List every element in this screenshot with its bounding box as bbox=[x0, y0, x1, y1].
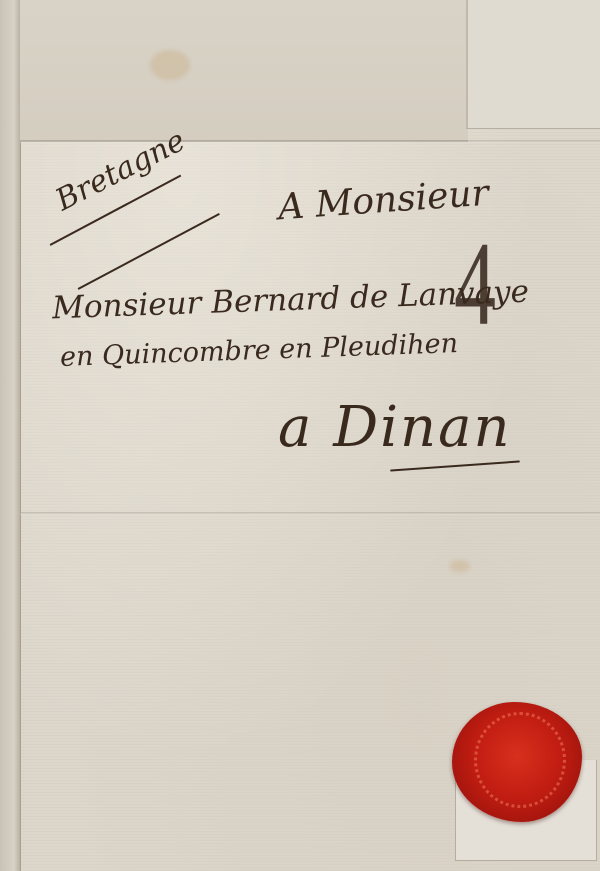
paper-stain bbox=[150, 50, 190, 80]
address-line: en Quincombre en Pleudihen bbox=[60, 328, 459, 373]
paper-left-edge bbox=[0, 0, 21, 871]
top-paper-flap bbox=[20, 0, 468, 142]
wax-seal-emblem bbox=[474, 712, 566, 808]
bretagne-lower-line bbox=[78, 213, 220, 289]
paper-stain bbox=[450, 560, 470, 572]
letter-cover: Bretagne A Monsieur 4 Monsieur Bernard d… bbox=[0, 0, 600, 871]
right-paper-flap bbox=[466, 0, 600, 129]
destination: a Dinan bbox=[278, 395, 512, 460]
fold-line-top bbox=[20, 140, 600, 143]
fold-line-middle bbox=[20, 512, 600, 515]
destination-underline bbox=[390, 460, 520, 471]
